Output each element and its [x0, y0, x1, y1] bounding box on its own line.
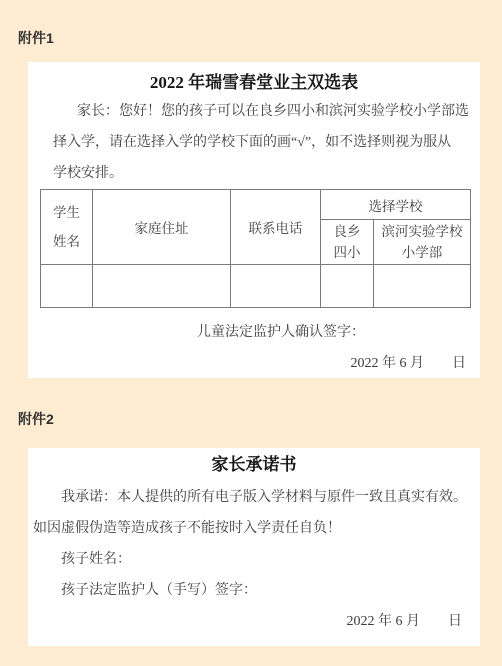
contact-phone-header: 联系电话 — [231, 190, 321, 265]
document-page: { "colors": { "page_bg": "#fdecd1", "pan… — [0, 0, 502, 666]
school-binhe-line2: 小学部 — [402, 245, 443, 260]
school-selection-table: 学生 姓名 家庭住址 联系电话 选择学校 良乡 四小 滨河实验学校 小学部 — [40, 189, 471, 308]
intro-line: 择入学，请在选择入学的学校下面的画“√”，如不选择则视为服从 — [53, 127, 468, 158]
guardian-signature-label: 儿童法定监护人确认签字： — [28, 324, 480, 342]
pledge-line: 我承诺：本人提供的所有电子版入学材料与原件一致且真实有效。 — [33, 482, 475, 513]
contact-phone-cell — [231, 265, 321, 308]
pledge-body: 我承诺：本人提供的所有电子版入学材料与原件一致且真实有效。 如因虚假伪造等造成孩… — [28, 482, 480, 637]
pledge-line: 如因虚假伪造等造成孩子不能按时入学责任自负！ — [33, 513, 475, 544]
student-name-header-line2: 姓名 — [53, 234, 80, 249]
pledge-title: 家长承诺书 — [28, 448, 480, 475]
attachment2-label: 附件2 — [18, 411, 54, 427]
table-row — [41, 265, 471, 308]
school-liangxiang-choice-cell — [321, 265, 374, 308]
school-liangxiang-line1: 良乡 — [334, 224, 361, 239]
attachment1-label: 附件1 — [18, 30, 54, 46]
intro-line: 学校安排。 — [53, 158, 468, 189]
guardian-handwritten-signature-label: 孩子法定监护人（手写）签字： — [33, 575, 475, 606]
intro-paragraph: 家长：您好！您的孩子可以在良乡四小和滨河实验学校小学部选 择入学，请在选择入学的… — [28, 96, 480, 189]
student-name-header: 学生 姓名 — [41, 190, 93, 265]
child-name-label: 孩子姓名： — [33, 544, 475, 575]
student-name-cell — [41, 265, 93, 308]
intro-line: 家长：您好！您的孩子可以在良乡四小和滨河实验学校小学部选 — [53, 96, 468, 127]
school-choice-header: 选择学校 — [321, 190, 471, 220]
school-binhe-line1: 滨河实验学校 — [382, 224, 463, 239]
school-binhe-choice-cell — [374, 265, 471, 308]
form-title: 2022 年瑞雪春堂业主双选表 — [28, 62, 480, 96]
attachment1-panel: 2022 年瑞雪春堂业主双选表 家长：您好！您的孩子可以在良乡四小和滨河实验学校… — [28, 62, 480, 378]
home-address-header: 家庭住址 — [93, 190, 231, 265]
student-name-header-line1: 学生 — [53, 205, 80, 220]
school-binhe-header: 滨河实验学校 小学部 — [374, 220, 471, 265]
form-date-line: 2022 年 6 月 日 — [28, 356, 480, 372]
pledge-date-line: 2022 年 6 月 日 — [33, 606, 475, 637]
school-liangxiang-line2: 四小 — [334, 245, 361, 260]
attachment2-panel: 家长承诺书 我承诺：本人提供的所有电子版入学材料与原件一致且真实有效。 如因虚假… — [28, 448, 480, 646]
home-address-cell — [93, 265, 231, 308]
school-liangxiang-header: 良乡 四小 — [321, 220, 374, 265]
